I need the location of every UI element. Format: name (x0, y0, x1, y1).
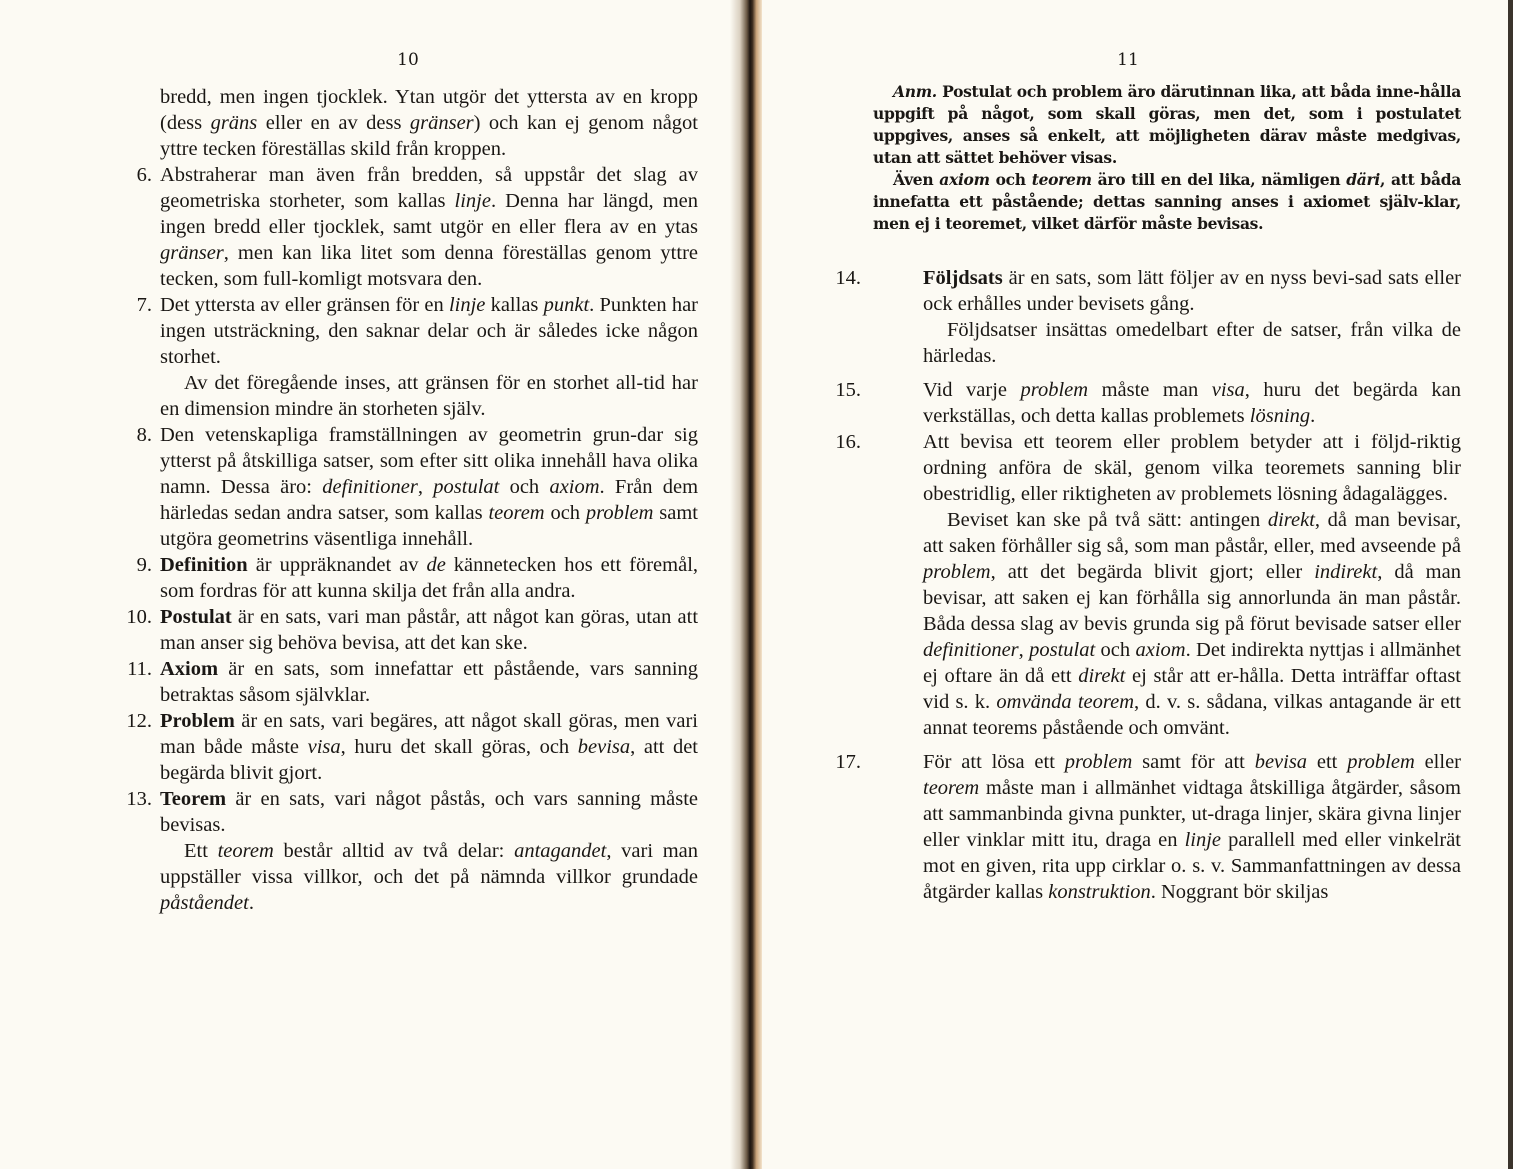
page-body: Anm. Postulat och problem äro därutinnan… (873, 81, 1461, 905)
page-number: 10 (388, 50, 428, 70)
list-item: 6. Abstraherar man även från bredden, så… (160, 162, 698, 292)
term: Problem (160, 710, 235, 732)
item-paragraph: Beviset kan ske på två sätt: antingen di… (923, 507, 1461, 741)
list-item: 12. Problem är en sats, vari begäres, at… (160, 708, 698, 786)
item-paragraph: Av det föregående inses, att gränsen för… (160, 370, 698, 422)
book-edge (1508, 0, 1513, 1169)
page-number: 11 (1108, 50, 1148, 70)
item-text: Teorem är en sats, vari något påstås, oc… (160, 786, 698, 838)
left-page: 10 bredd, men ingen tjocklek. Ytan utgör… (0, 0, 740, 1169)
term: Postulat (160, 606, 232, 628)
page-body: bredd, men ingen tjocklek. Ytan utgör de… (160, 84, 698, 916)
intro-paragraph: bredd, men ingen tjocklek. Ytan utgör de… (160, 84, 698, 162)
term: Definition (160, 554, 248, 576)
list-item: 7. Det yttersta av eller gränsen för en … (160, 292, 698, 422)
list-item: 17. För att lösa ett problem samt för at… (873, 749, 1461, 905)
item-text: Att bevisa ett teorem eller problem bety… (923, 429, 1461, 507)
item-number: 6. (112, 162, 152, 188)
item-number: 14. (821, 265, 861, 291)
item-text: Postulat är en sats, vari man påstår, at… (160, 604, 698, 656)
term: Axiom (160, 658, 218, 680)
item-paragraph: Ett teorem består alltid av två delar: a… (160, 838, 698, 916)
item-number: 9. (112, 552, 152, 578)
list-item: 10. Postulat är en sats, vari man påstår… (160, 604, 698, 656)
term: Teorem (160, 788, 226, 810)
list-item: 13. Teorem är en sats, vari något påstås… (160, 786, 698, 916)
item-number: 13. (112, 786, 152, 812)
item-number: 16. (821, 429, 861, 455)
item-number: 7. (112, 292, 152, 318)
item-number: 8. (112, 422, 152, 448)
term: Följdsats (923, 267, 1003, 289)
item-number: 15. (821, 377, 861, 403)
item-number: 17. (821, 749, 861, 775)
item-text: Den vetenskapliga framställningen av geo… (160, 422, 698, 552)
list-item: 15. Vid varje problem måste man visa, hu… (873, 377, 1461, 429)
item-text: Problem är en sats, vari begäres, att nå… (160, 708, 698, 786)
item-text: Vid varje problem måste man visa, huru d… (923, 377, 1461, 429)
remark-paragraph: Även axiom och teorem äro till en del li… (873, 169, 1461, 235)
item-number: 10. (112, 604, 152, 630)
item-number: 12. (112, 708, 152, 734)
item-text: Axiom är en sats, som innefattar ett pås… (160, 656, 698, 708)
remark-label: Anm. (893, 82, 937, 101)
book-spread: 10 bredd, men ingen tjocklek. Ytan utgör… (0, 0, 1513, 1169)
list-item: 11. Axiom är en sats, som innefattar ett… (160, 656, 698, 708)
item-text: Definition är uppräknandet av de kännete… (160, 552, 698, 604)
list-item: 8. Den vetenskapliga framställningen av … (160, 422, 698, 552)
item-text: Abstraherar man även från bredden, så up… (160, 162, 698, 292)
right-page: 11 Anm. Postulat och problem äro därutin… (762, 0, 1508, 1169)
item-text: Följdsats är en sats, som lätt följer av… (923, 265, 1461, 317)
list-item: 14. Följdsats är en sats, som lätt följe… (873, 265, 1461, 369)
list-item: 16. Att bevisa ett teorem eller problem … (873, 429, 1461, 741)
item-number: 11. (112, 656, 152, 682)
list-item: 9. Definition är uppräknandet av de känn… (160, 552, 698, 604)
item-text: För att lösa ett problem samt för att be… (923, 749, 1461, 905)
remark-note: Anm. Postulat och problem äro därutinnan… (873, 81, 1461, 235)
item-text: Det yttersta av eller gränsen för en lin… (160, 292, 698, 370)
item-paragraph: Följdsatser insättas omedelbart efter de… (923, 317, 1461, 369)
